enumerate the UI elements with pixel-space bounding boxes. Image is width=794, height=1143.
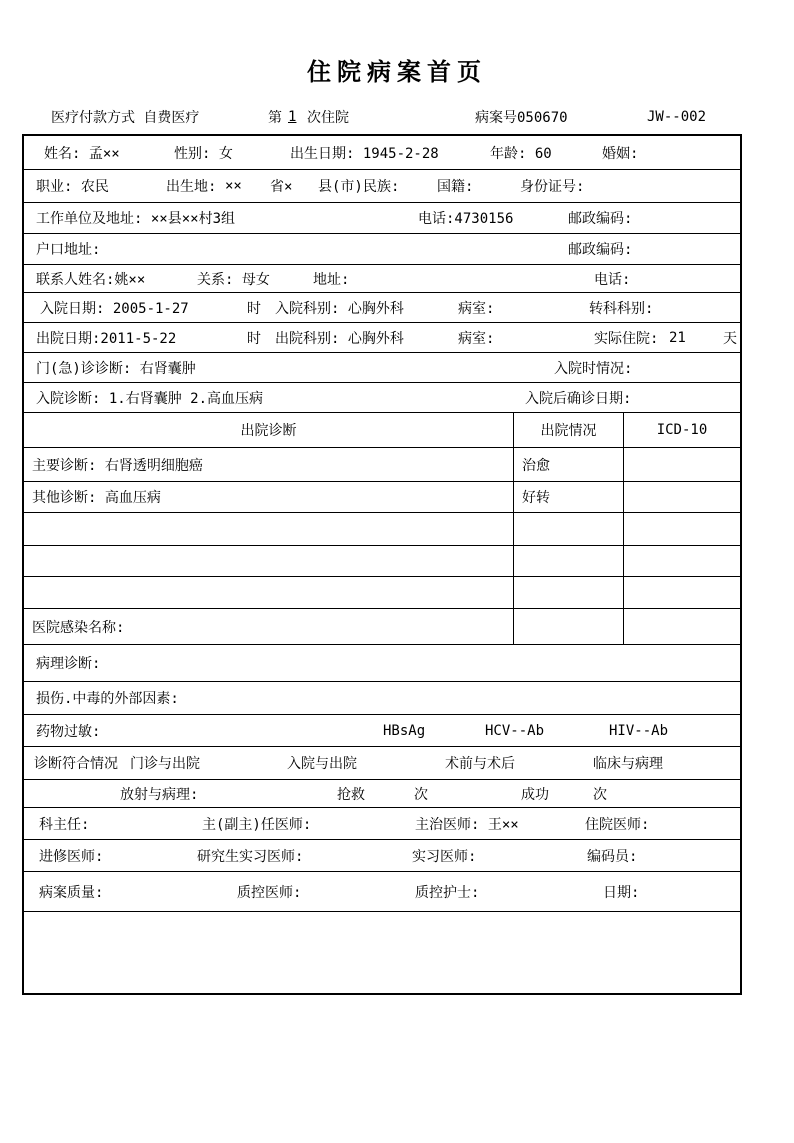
- row-home-address: 户口地址: 邮政编码:: [24, 234, 740, 265]
- field-pathology-diagnosis: 病理诊断:: [36, 653, 100, 673]
- field-grad-intern: 研究生实习医师:: [197, 846, 303, 866]
- field-resident-doctor: 住院医师:: [585, 814, 649, 834]
- row-hospital-infection: 医院感染名称:: [24, 609, 740, 645]
- col-header-discharge-diagnosis: 出院诊断: [24, 413, 513, 447]
- row-work-unit: 工作单位及地址: ××县××村3组 电话:4730156 邮政编码:: [24, 203, 740, 234]
- field-marriage: 婚姻:: [602, 143, 638, 163]
- field-coder: 编码员:: [587, 846, 637, 866]
- field-stay-unit: 天: [723, 328, 737, 348]
- field-qc-doctor: 质控医师:: [237, 882, 301, 902]
- field-transfer-dept: 转科科别:: [589, 298, 653, 318]
- field-outpatient-diagnosis: 门(急)诊诊断: 右肾囊肿: [36, 358, 196, 378]
- field-success-label: 成功: [521, 784, 549, 804]
- row-radiology-rescue: 放射与病理: 抢救 次 成功 次: [24, 780, 740, 808]
- diagnosis-row-empty: [24, 577, 740, 609]
- row-drug-allergy: 药物过敏: HBsAg HCV--Ab HIV--Ab: [24, 715, 740, 747]
- row-discharge: 出院日期:2011-5-22 时 出院科别: 心胸外科 病室: 实际住院: 21…: [24, 323, 740, 353]
- other-diagnosis-outcome: 好转: [522, 487, 550, 507]
- diagnosis-table-header: 出院诊断 出院情况 ICD-10: [24, 413, 740, 448]
- field-record-quality: 病案质量:: [39, 882, 103, 902]
- field-birth-date: 出生日期: 1945-2-28: [290, 143, 439, 163]
- field-admission-dept: 入院科别: 心胸外科: [275, 298, 404, 318]
- admission-seq-prefix: 第: [268, 107, 282, 127]
- field-date: 日期:: [603, 882, 639, 902]
- row-injury-poisoning: 损伤.中毒的外部因素:: [24, 682, 740, 715]
- col-header-icd10: ICD-10: [623, 413, 740, 447]
- admission-seq-value: 1: [286, 109, 298, 125]
- field-discharge-dept: 出院科别: 心胸外科: [275, 328, 404, 348]
- field-chief-doctor: 主(副主)任医师:: [202, 814, 311, 834]
- field-injury-external-cause: 损伤.中毒的外部因素:: [36, 688, 179, 708]
- field-stay-days: 21: [669, 330, 686, 346]
- row-blank-footer: [24, 912, 740, 993]
- diagnosis-row-other: 其他诊断: 高血压病 好转: [24, 482, 740, 513]
- case-number-field: 病案号050670: [475, 107, 568, 127]
- row-senior-doctors: 科主任: 主(副主)任医师: 主治医师: 王×× 住院医师:: [24, 808, 740, 840]
- row-admission: 入院日期: 2005-1-27 时 入院科别: 心胸外科 病室: 转科科别:: [24, 293, 740, 323]
- field-sex: 性别: 女: [174, 143, 233, 163]
- field-discharge-date: 出院日期:2011-5-22: [36, 328, 176, 348]
- field-match-operation: 术前与术后: [445, 753, 515, 773]
- col-header-discharge-outcome: 出院情况: [513, 413, 623, 447]
- field-admission-diagnosis: 入院诊断: 1.右肾囊肿 2.高血压病: [36, 388, 263, 408]
- field-birthplace-county: 县(市): [318, 176, 363, 196]
- field-hospital-infection: 医院感染名称:: [32, 617, 124, 637]
- field-contact-name: 联系人姓名:姚××: [36, 269, 145, 289]
- field-admission-condition: 入院时情况:: [554, 358, 632, 378]
- diagnosis-row-empty: [24, 546, 740, 577]
- field-success-unit: 次: [593, 784, 607, 804]
- field-hcv-ab: HCV--Ab: [485, 723, 544, 739]
- field-rescue-label: 抢救: [337, 784, 365, 804]
- field-discharge-ward: 病室:: [458, 328, 494, 348]
- admission-seq-suffix: 次住院: [307, 107, 349, 127]
- field-intern: 实习医师:: [412, 846, 476, 866]
- field-hbsag: HBsAg: [383, 723, 425, 739]
- field-qc-nurse: 质控护士:: [415, 882, 479, 902]
- field-id-number: 身份证号:: [520, 176, 584, 196]
- field-work-address: 工作单位及地址: ××县××村3组: [36, 208, 235, 228]
- main-diagnosis-outcome: 治愈: [522, 455, 550, 475]
- field-stay-label: 实际住院:: [594, 328, 658, 348]
- field-work-phone: 电话:4730156: [418, 208, 513, 228]
- field-home-address: 户口地址:: [36, 239, 100, 259]
- field-contact-address: 地址:: [313, 269, 349, 289]
- row-pathology: 病理诊断:: [24, 645, 740, 682]
- row-diagnosis-match: 诊断符合情况 门诊与出院 入院与出院 术前与术后 临床与病理: [24, 747, 740, 780]
- medical-record-front-page: 住院病案首页 医疗付款方式 自费医疗 第 1 次住院 病案号050670 JW-…: [0, 0, 794, 1143]
- field-admission-ward: 病室:: [458, 298, 494, 318]
- field-birthplace-label: 出生地:: [166, 176, 216, 196]
- row-admission-diagnosis: 入院诊断: 1.右肾囊肿 2.高血压病 入院后确诊日期:: [24, 383, 740, 413]
- field-work-zip: 邮政编码:: [568, 208, 632, 228]
- row-junior-doctors: 进修医师: 研究生实习医师: 实习医师: 编码员:: [24, 840, 740, 872]
- field-match-outpatient: 门诊与出院: [130, 753, 200, 773]
- record-form-table: 姓名: 孟×× 性别: 女 出生日期: 1945-2-28 年龄: 60 婚姻:…: [22, 134, 742, 995]
- diagnosis-row-empty: [24, 513, 740, 546]
- field-drug-allergy: 药物过敏:: [36, 721, 100, 741]
- field-hiv-ab: HIV--Ab: [609, 723, 668, 739]
- field-occupation: 职业: 农民: [36, 176, 109, 196]
- field-birthplace-province: ××: [225, 178, 242, 194]
- row-contact: 联系人姓名:姚×× 关系: 母女 地址: 电话:: [24, 265, 740, 293]
- row-outpatient-diagnosis: 门(急)诊诊断: 右肾囊肿 入院时情况:: [24, 353, 740, 383]
- field-radiology-pathology: 放射与病理:: [120, 784, 198, 804]
- row-quality-control: 病案质量: 质控医师: 质控护士: 日期:: [24, 872, 740, 912]
- payment-method-field: 医疗付款方式 自费医疗: [51, 107, 199, 127]
- row-occupation: 职业: 农民 出生地: ×× 省× 县(市) 民族: 国籍: 身份证号:: [24, 170, 740, 203]
- field-name: 姓名: 孟××: [44, 143, 120, 163]
- field-dept-head: 科主任:: [39, 814, 89, 834]
- field-admission-date: 入院日期: 2005-1-27: [40, 298, 189, 318]
- field-nationality: 国籍:: [437, 176, 473, 196]
- field-attending-doctor: 主治医师: 王××: [415, 814, 519, 834]
- field-contact-relation: 关系: 母女: [197, 269, 270, 289]
- row-identity: 姓名: 孟×× 性别: 女 出生日期: 1945-2-28 年龄: 60 婚姻:: [24, 136, 740, 170]
- field-home-zip: 邮政编码:: [568, 239, 632, 259]
- field-diagnosis-match-label: 诊断符合情况: [34, 753, 118, 773]
- field-age: 年龄: 60: [490, 143, 552, 163]
- main-diagnosis: 主要诊断: 右肾透明细胞癌: [32, 455, 203, 475]
- field-refresher-doctor: 进修医师:: [39, 846, 103, 866]
- other-diagnosis: 其他诊断: 高血压病: [32, 487, 161, 507]
- form-code: JW--002: [647, 109, 706, 125]
- field-contact-phone: 电话:: [594, 269, 630, 289]
- field-rescue-unit: 次: [414, 784, 428, 804]
- header-line: 医疗付款方式 自费医疗 第 1 次住院 病案号050670 JW--002: [24, 104, 744, 130]
- diagnosis-row-main: 主要诊断: 右肾透明细胞癌 治愈: [24, 448, 740, 482]
- field-admission-hour: 时: [247, 298, 261, 318]
- field-match-clinical: 临床与病理: [593, 753, 663, 773]
- field-ethnicity: 民族:: [363, 176, 399, 196]
- field-discharge-hour: 时: [247, 328, 261, 348]
- page-title: 住院病案首页: [0, 52, 794, 87]
- field-birthplace-province-suffix: 省×: [270, 176, 292, 196]
- field-confirm-date: 入院后确诊日期:: [525, 388, 631, 408]
- field-match-admission: 入院与出院: [287, 753, 357, 773]
